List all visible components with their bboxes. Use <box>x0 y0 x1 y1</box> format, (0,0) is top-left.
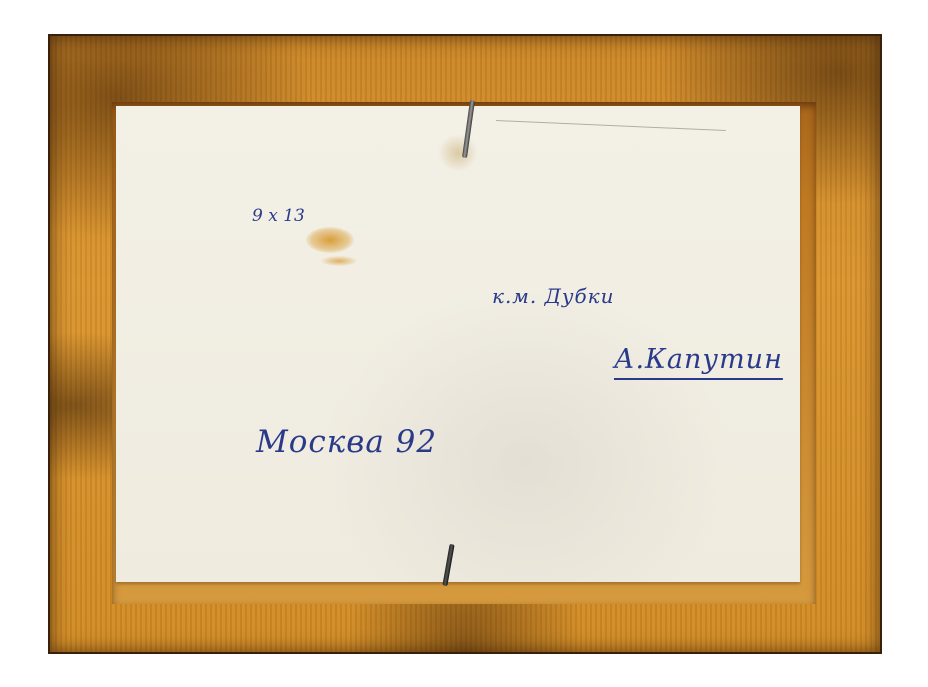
glue-stain-small <box>321 256 357 266</box>
city-year-note: Москва 92 <box>256 424 437 460</box>
scratch-line <box>496 120 726 131</box>
glue-stain <box>306 227 354 253</box>
nail-stain <box>438 134 478 172</box>
location-note: к.м. Дубки <box>492 284 615 308</box>
artist-signature: А.Капутин <box>614 344 783 375</box>
backing-card: 9 x 13 к.м. Дубки А.Капутин Москва 92 <box>116 106 800 582</box>
size-note: 9 x 13 <box>252 206 305 226</box>
